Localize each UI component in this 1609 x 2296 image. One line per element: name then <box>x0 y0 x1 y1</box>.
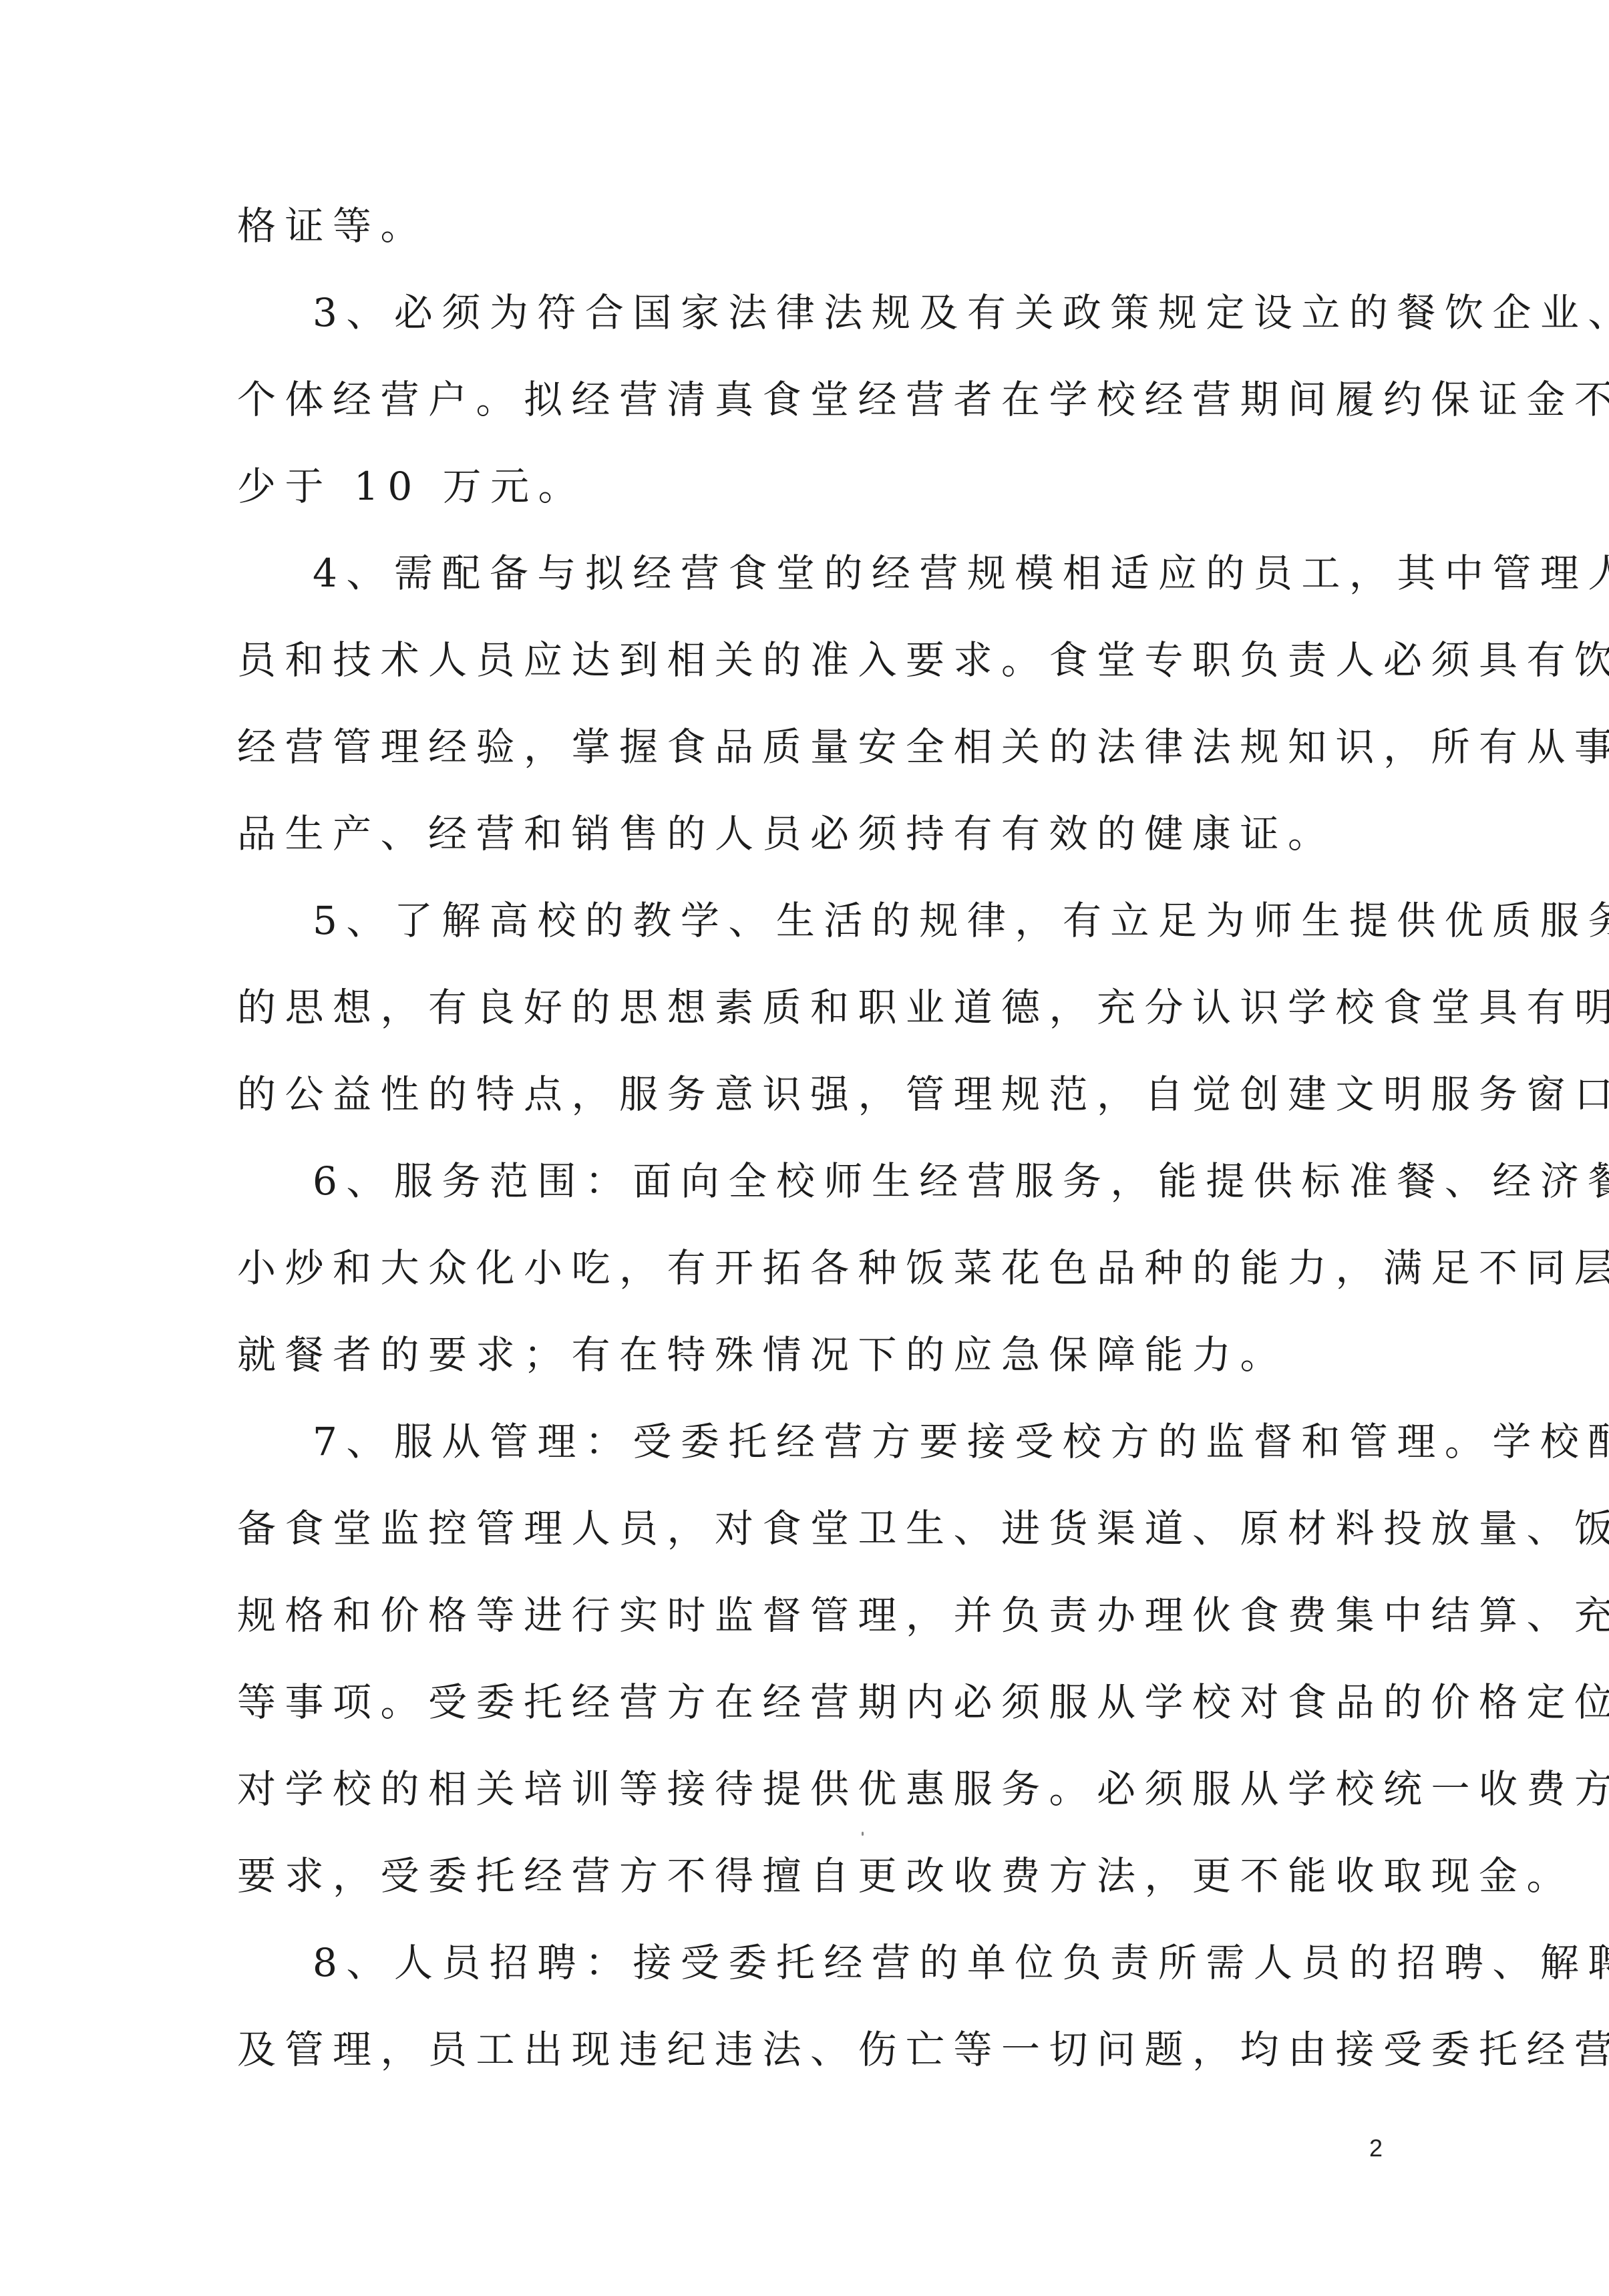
text-line: 小炒和大众化小吃，有开拓各种饭菜花色品种的能力，满足不同层次 <box>237 1224 1393 1311</box>
text-line: 少于 10 万元。 <box>237 443 1393 530</box>
text-line: 经营管理经验，掌握食品质量安全相关的法律法规知识，所有从事食 <box>237 703 1393 790</box>
document-page: 格证等。 3、必须为符合国家法律法规及有关政策规定设立的餐饮企业、 个体经营户。… <box>0 0 1609 2296</box>
paragraph-8-start: 8、人员招聘：接受委托经营的单位负责所需人员的招聘、解聘 <box>237 1919 1393 2006</box>
text-line: 员和技术人员应达到相关的准入要求。食堂专职负责人必须具有饮食 <box>237 617 1393 703</box>
text-line: 格证等。 <box>237 182 1393 269</box>
paragraph-3-start: 3、必须为符合国家法律法规及有关政策规定设立的餐饮企业、 <box>237 269 1393 356</box>
text-line: 备食堂监控管理人员，对食堂卫生、进货渠道、原材料投放量、饭菜 <box>237 1485 1393 1572</box>
paragraph-7-start: 7、服从管理：受委托经营方要接受校方的监督和管理。学校配 <box>237 1398 1393 1485</box>
text-line: 个体经营户。拟经营清真食堂经营者在学校经营期间履约保证金不得 <box>237 356 1393 443</box>
text-line: 的思想，有良好的思想素质和职业道德，充分认识学校食堂具有明显 <box>237 964 1393 1051</box>
paragraph-5-start: 5、了解高校的教学、生活的规律，有立足为师生提供优质服务 <box>237 877 1393 964</box>
paragraph-4-start: 4、需配备与拟经营食堂的经营规模相适应的员工，其中管理人 <box>237 530 1393 617</box>
text-line: 就餐者的要求；有在特殊情况下的应急保障能力。 <box>237 1311 1393 1398</box>
text-line: 的公益性的特点，服务意识强，管理规范，自觉创建文明服务窗口。 <box>237 1051 1393 1138</box>
text-line: 规格和价格等进行实时监督管理，并负责办理伙食费集中结算、充卡 <box>237 1572 1393 1659</box>
paragraph-6-start: 6、服务范围：面向全校师生经营服务，能提供标准餐、经济餐、 <box>237 1138 1393 1224</box>
text-line: 品生产、经营和销售的人员必须持有有效的健康证。 <box>237 790 1393 877</box>
scan-artifact <box>862 1832 864 1836</box>
page-number: 2 <box>1369 2135 1383 2162</box>
text-line: 对学校的相关培训等接待提供优惠服务。必须服从学校统一收费方法 <box>237 1746 1393 1832</box>
text-line: 等事项。受委托经营方在经营期内必须服从学校对食品的价格定位， <box>237 1659 1393 1746</box>
text-line: 及管理，员工出现违纪违法、伤亡等一切问题，均由接受委托经营单 <box>237 2006 1393 2093</box>
body-text: 格证等。 3、必须为符合国家法律法规及有关政策规定设立的餐饮企业、 个体经营户。… <box>237 182 1393 2093</box>
text-line: 要求，受委托经营方不得擅自更改收费方法，更不能收取现金。 <box>237 1832 1393 1919</box>
